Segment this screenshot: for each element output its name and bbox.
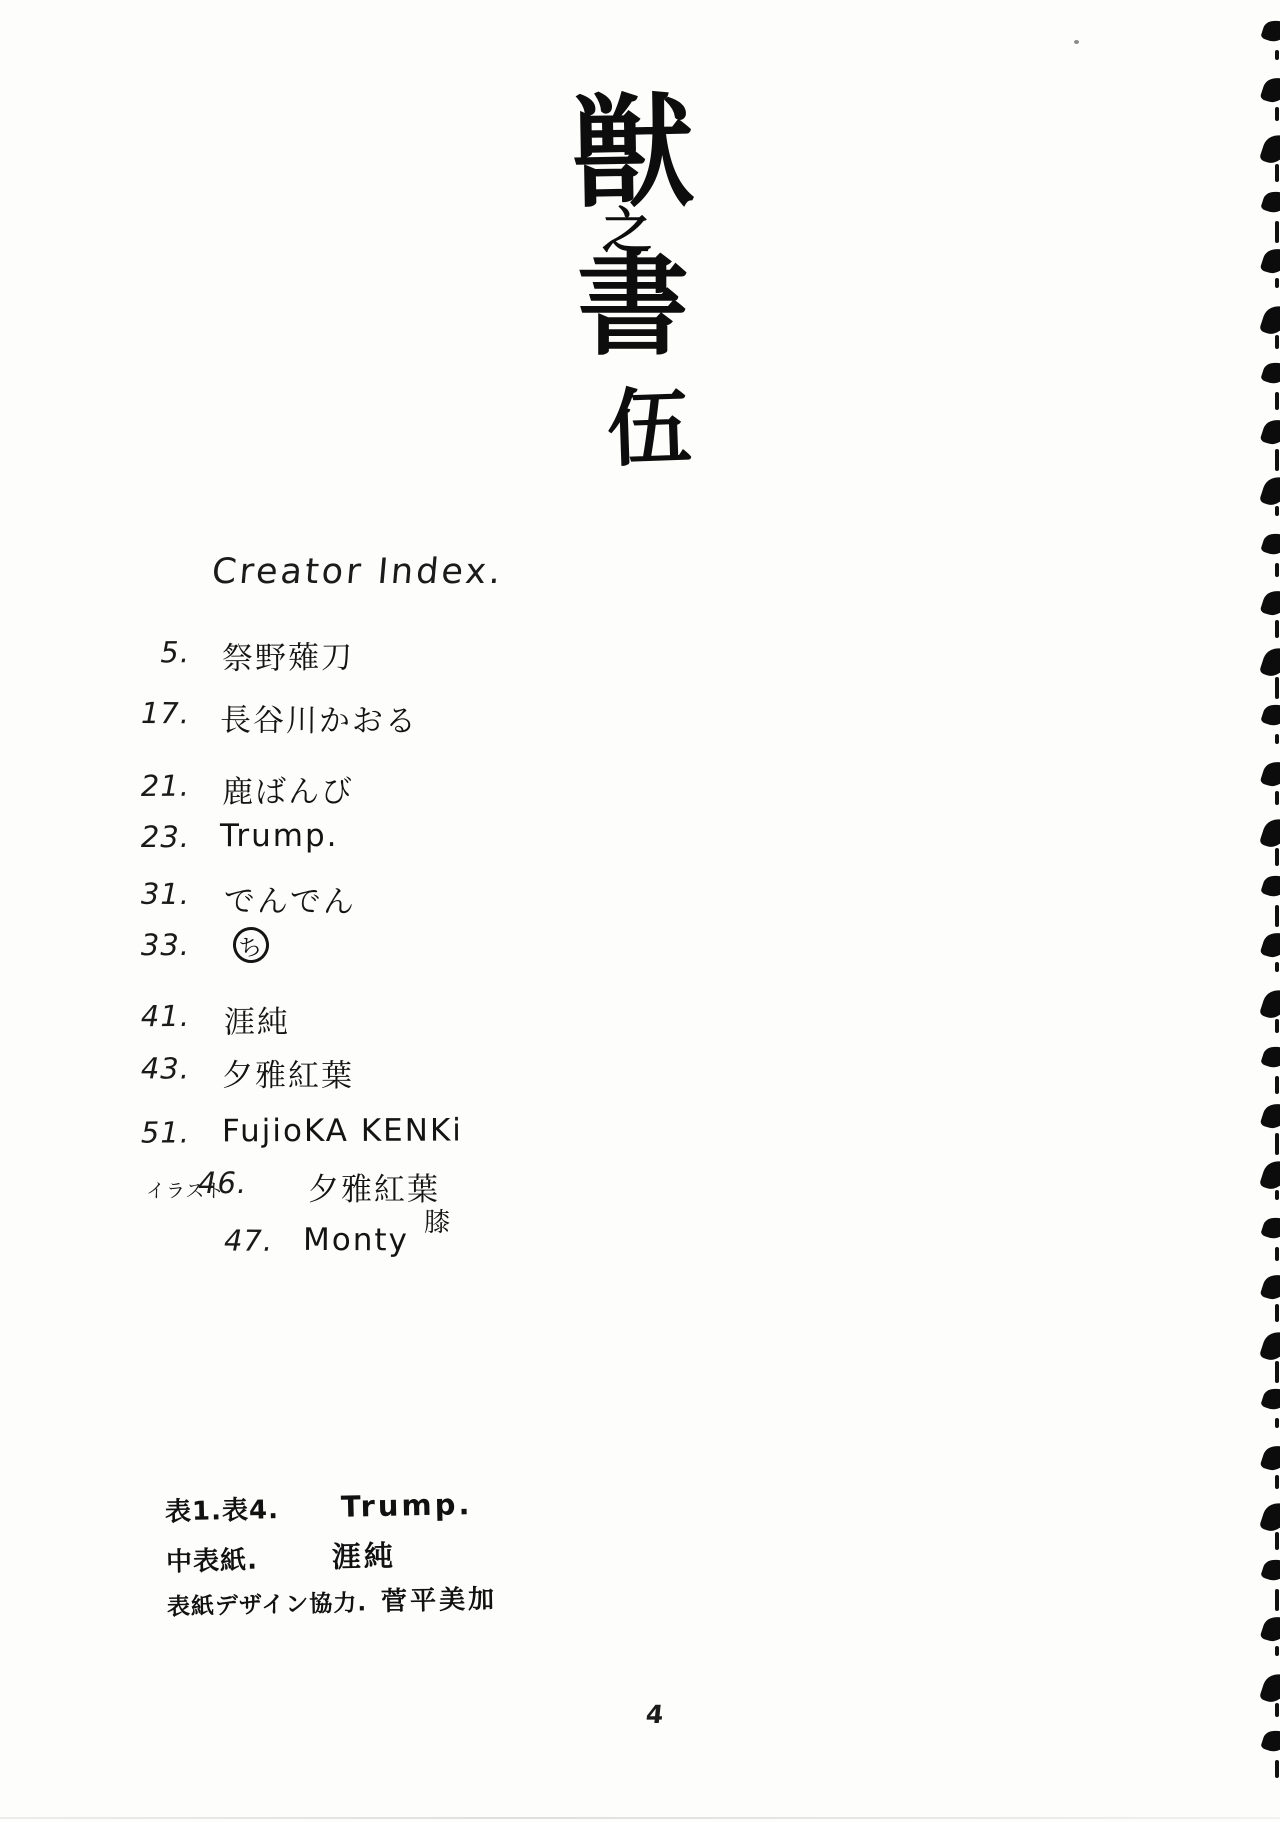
binding-mark-dash xyxy=(1275,1418,1279,1428)
binding-mark-blob xyxy=(1260,1214,1280,1242)
scan-dot-artifact xyxy=(1074,40,1079,44)
entry-page-number: 33. xyxy=(118,928,190,962)
binding-mark-blob xyxy=(1260,188,1280,216)
credit-line-inner-cover: 中表紙. 涯純 xyxy=(166,1532,497,1586)
binding-mark-dash xyxy=(1275,677,1279,699)
binding-mark-dash xyxy=(1275,506,1279,516)
binding-mark-dash xyxy=(1275,1190,1279,1200)
entry-page-number: 47. xyxy=(224,1223,273,1257)
creator-index-row: 21.鹿ばんび xyxy=(0,766,640,813)
entry-creator-name: 夕雅紅葉 xyxy=(308,1164,440,1209)
creator-index-row: イラスト46.夕雅紅葉膝 xyxy=(0,1166,640,1210)
scanned-doujinshi-index-page: 獣 之 書 伍 Creator Index. 5.祭野薙刀17.長谷川かおる21… xyxy=(0,0,1280,1822)
credit-label: 中表紙. xyxy=(166,1539,305,1579)
binding-mark-dash xyxy=(1275,1475,1279,1489)
binding-mark-dash xyxy=(1275,1589,1279,1611)
binding-mark-blob xyxy=(1259,473,1280,509)
creator-index-heading: Creator Index. xyxy=(210,552,505,592)
title-char-book: 書 xyxy=(558,254,708,358)
binding-mark-blob xyxy=(1260,1271,1280,1303)
credit-label: 表1.表4. xyxy=(165,1488,314,1528)
binding-mark-blob xyxy=(1260,1727,1280,1755)
binding-mark-blob xyxy=(1260,1556,1280,1584)
binding-mark-blob xyxy=(1259,1157,1280,1193)
creator-index-row: 31.でんでん xyxy=(0,876,640,924)
creator-index-row: 51.FujioKA KENKi xyxy=(0,1114,640,1160)
binding-mark-blob xyxy=(1259,1328,1280,1364)
entry-creator-name: 長谷川かおる xyxy=(220,694,418,740)
binding-mark-dash xyxy=(1275,335,1279,349)
binding-mark-dash xyxy=(1275,1646,1279,1656)
entry-page-number: 23. xyxy=(118,820,190,854)
binding-mark-blob xyxy=(1259,1499,1280,1535)
entry-creator-name: でんでん xyxy=(224,875,356,921)
binding-mark-blob xyxy=(1260,872,1280,900)
entry-page-number: 31. xyxy=(118,877,190,912)
creator-index-row: 23.Trump. xyxy=(0,820,640,864)
entry-page-number: 41. xyxy=(118,999,190,1034)
entry-creator-name: 祭野薙刀 xyxy=(222,632,354,678)
credit-line-cover-design: 表紙デザイン協力. 菅平美加 xyxy=(167,1579,498,1633)
binding-mark-blob xyxy=(1260,74,1280,106)
binding-mark-dash xyxy=(1275,1532,1279,1550)
entry-creator-name: FujioKA KENKi xyxy=(222,1113,463,1150)
binding-mark-blob xyxy=(1260,530,1280,558)
binding-mark-dash xyxy=(1275,221,1279,243)
binding-mark-blob xyxy=(1260,701,1280,729)
binding-mark-dash xyxy=(1275,791,1279,805)
credit-label: 表紙デザイン協力. xyxy=(167,1584,368,1621)
book-title-calligraphy: 獣 之 書 伍 xyxy=(558,96,708,468)
entry-page-number: 46. xyxy=(198,1166,247,1200)
circled-character: ち xyxy=(230,924,272,966)
entry-creator-name: ち xyxy=(233,926,269,963)
creator-index-row: 17.長谷川かおる xyxy=(0,695,640,742)
entry-creator-name: 鹿ばんび xyxy=(222,766,354,812)
creator-index-row: 43.夕雅紅葉 xyxy=(0,1051,640,1097)
binding-mark-blob xyxy=(1259,815,1280,851)
credit-value: Trump. xyxy=(341,1487,473,1524)
credit-value: 菅平美加 xyxy=(381,1579,498,1618)
entry-page-number: 43. xyxy=(118,1051,190,1085)
binding-mark-dash xyxy=(1275,278,1279,288)
entry-creator-name: Monty xyxy=(303,1222,409,1259)
creator-index-row: 41.涯純 xyxy=(0,996,640,1044)
entry-page-number: 51. xyxy=(118,1115,190,1149)
binding-mark-blob xyxy=(1260,416,1280,448)
binding-mark-blob xyxy=(1259,131,1280,167)
credit-line-cover: 表1.表4. Trump. xyxy=(165,1485,496,1539)
binding-mark-blob xyxy=(1260,1613,1280,1645)
binding-mark-dash xyxy=(1275,962,1279,972)
binding-mark-dash xyxy=(1275,1304,1279,1322)
binding-mark-dash xyxy=(1275,1760,1279,1778)
binding-mark-blob xyxy=(1259,644,1280,680)
binding-mark-dash xyxy=(1275,848,1279,866)
binding-mark-blob xyxy=(1259,1670,1280,1706)
binding-mark-blob xyxy=(1259,302,1280,338)
binding-mark-blob xyxy=(1260,587,1280,619)
credit-value: 涯純 xyxy=(332,1534,397,1576)
binding-mark-blob xyxy=(1260,1043,1280,1071)
title-char-no: 之 xyxy=(552,208,702,254)
binding-mark-blob xyxy=(1259,986,1280,1022)
binding-mark-blob xyxy=(1260,1442,1280,1474)
page-number: 4 xyxy=(644,1700,664,1729)
binding-mark-dash xyxy=(1275,1247,1279,1261)
binding-mark-dash xyxy=(1275,1703,1279,1717)
creator-index-row: 33.ち xyxy=(0,928,640,972)
creator-index-row: 47.Monty xyxy=(0,1222,640,1269)
binding-mark-dash xyxy=(1275,734,1279,744)
title-char-beast: 獣 xyxy=(557,95,709,210)
binding-mark-dash xyxy=(1275,107,1279,121)
binding-mark-dash xyxy=(1275,1133,1279,1155)
scan-bottom-edge xyxy=(0,1817,1280,1819)
binding-mark-dash xyxy=(1275,164,1279,182)
title-char-five: 伍 xyxy=(573,385,726,470)
credits-block: 表1.表4. Trump. 中表紙. 涯純 表紙デザイン協力. 菅平美加 xyxy=(165,1485,498,1633)
entry-creator-name: Trump. xyxy=(220,818,339,854)
binding-mark-dash xyxy=(1275,449,1279,471)
binding-mark-blob xyxy=(1260,245,1280,277)
binding-mark-dash xyxy=(1275,1076,1279,1094)
binding-mark-dash xyxy=(1275,50,1279,60)
binding-mark-dash xyxy=(1275,905,1279,927)
binding-mark-dash xyxy=(1275,563,1279,577)
binding-mark-dash xyxy=(1275,392,1279,410)
binding-mark-blob xyxy=(1260,929,1280,961)
creator-index-row: 5.祭野薙刀 xyxy=(0,631,640,681)
binding-mark-blob xyxy=(1260,1100,1280,1132)
binding-mark-dash xyxy=(1275,1019,1279,1033)
entry-page-number: 17. xyxy=(118,696,190,730)
binding-mark-dash xyxy=(1275,620,1279,638)
binding-mark-blob xyxy=(1260,17,1280,45)
entry-page-number: 5. xyxy=(118,635,190,670)
entry-creator-name: 夕雅紅葉 xyxy=(222,1050,354,1095)
entry-page-number: 21. xyxy=(118,769,190,803)
binding-mark-blob xyxy=(1260,1385,1280,1413)
entry-creator-name: 涯純 xyxy=(224,996,290,1041)
binding-mark-blob xyxy=(1260,758,1280,790)
binding-mark-dash xyxy=(1275,1361,1279,1383)
binding-mark-blob xyxy=(1260,359,1280,387)
